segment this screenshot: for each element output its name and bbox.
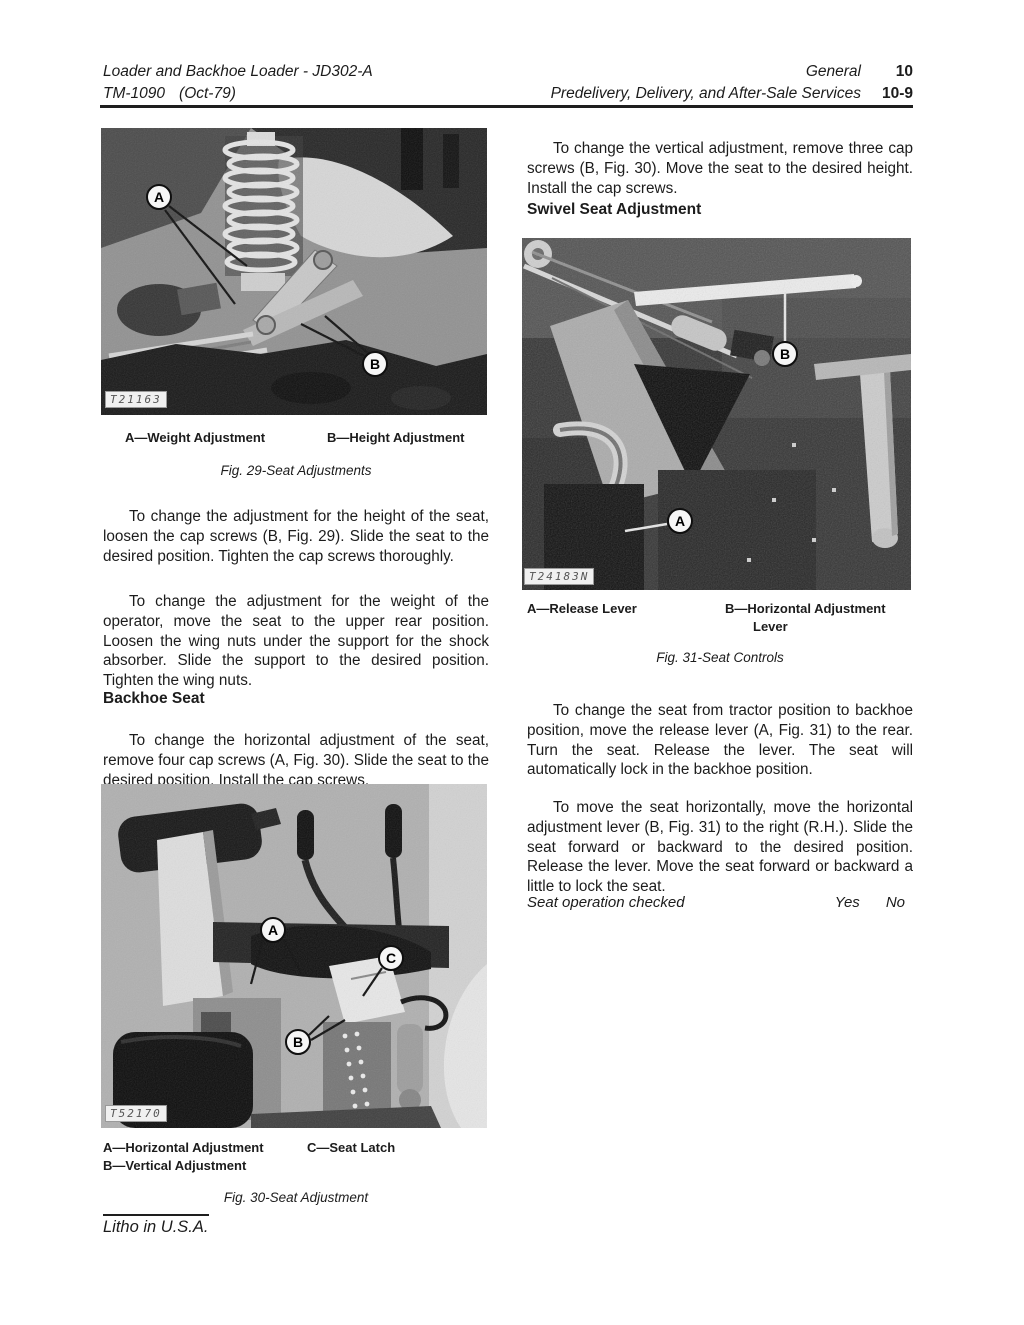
swivel-seat-heading: Swivel Seat Adjustment <box>527 201 701 219</box>
caption-seat-latch: C—Seat Latch <box>307 1140 395 1155</box>
paragraph-vertical-adjustment: To change the vertical adjustment, remov… <box>527 139 913 198</box>
figure-29-title: Fig. 29-Seat Adjustments <box>103 463 489 478</box>
caption-horizontal-adjustment: A—Horizontal Adjustment <box>103 1140 264 1155</box>
paragraph-height-adjustment: To change the adjustment for the height … <box>103 507 489 566</box>
caption-vertical-adjustment: B—Vertical Adjustment <box>103 1158 246 1173</box>
subsection-label: Predelivery, Delivery, and After-Sale Se… <box>551 83 861 105</box>
photo-id-label: T21163 <box>105 391 167 408</box>
callout-a: A <box>146 184 172 210</box>
callout-b: B <box>285 1029 311 1055</box>
backhoe-seat-heading: Backhoe Seat <box>103 690 205 708</box>
header-left: Loader and Backhoe Loader - JD302-A TM-1… <box>103 61 373 105</box>
callout-b: B <box>772 341 798 367</box>
litho-note: Litho in U.S.A. <box>103 1218 208 1237</box>
photo-id-label: T24183N <box>524 568 594 585</box>
litho-divider <box>103 1214 209 1216</box>
caption-weight-adjustment: A—Weight Adjustment <box>125 430 265 445</box>
manual-number-line: TM-1090(Oct-79) <box>103 83 373 105</box>
paragraph-horizontal-adjustment: To change the horizontal adjustment of t… <box>103 731 489 790</box>
paragraph-tractor-to-backhoe: To change the seat from tractor position… <box>527 701 913 780</box>
manual-page: Loader and Backhoe Loader - JD302-A TM-1… <box>0 0 1024 1325</box>
manual-number: TM-1090 <box>103 85 165 102</box>
figure-30-photo: A B C T52170 <box>101 784 487 1128</box>
paragraph-weight-adjustment: To change the adjustment for the weight … <box>103 592 489 691</box>
figure-29-photo: A B T21163 <box>101 128 487 415</box>
section-page-number: 10 <box>861 61 913 83</box>
callout-c: C <box>378 945 404 971</box>
figure-30-title: Fig. 30-Seat Adjustment <box>103 1190 489 1205</box>
figure-31-captions: A—Release Lever B—Horizontal Adjustment … <box>527 601 913 641</box>
subsection-page-number: 10-9 <box>861 83 913 105</box>
header-right: General 10 Predelivery, Delivery, and Af… <box>527 61 913 105</box>
caption-horizontal-adjustment-lever-line1: B—Horizontal Adjustment <box>725 601 886 616</box>
paragraph-move-horizontally: To move the seat horizontally, move the … <box>527 798 913 897</box>
checklist-no: No <box>886 894 905 911</box>
caption-release-lever: A—Release Lever <box>527 601 637 616</box>
seat-controls-photo-image <box>522 238 911 590</box>
figure-31-photo: B A T24183N <box>522 238 911 590</box>
header-rule <box>100 105 913 108</box>
callout-a: A <box>667 508 693 534</box>
callout-a: A <box>260 917 286 943</box>
callout-b: B <box>362 351 388 377</box>
checklist-label: Seat operation checked <box>527 894 685 911</box>
section-label: General <box>806 61 861 83</box>
figure-30-captions: A—Horizontal Adjustment C—Seat Latch B—V… <box>103 1140 489 1180</box>
manual-date: (Oct-79) <box>179 85 236 102</box>
seat-suspension-photo-image <box>101 128 487 415</box>
figure-31-title: Fig. 31-Seat Controls <box>527 650 913 665</box>
manual-title: Loader and Backhoe Loader - JD302-A <box>103 61 373 83</box>
checklist-yes: Yes <box>835 894 860 911</box>
caption-height-adjustment: B—Height Adjustment <box>327 430 464 445</box>
photo-id-label: T52170 <box>105 1105 167 1122</box>
backhoe-seat-photo-image <box>101 784 487 1128</box>
caption-horizontal-adjustment-lever-line2: Lever <box>753 619 788 634</box>
seat-operation-checklist: Seat operation checked Yes No <box>527 894 913 911</box>
